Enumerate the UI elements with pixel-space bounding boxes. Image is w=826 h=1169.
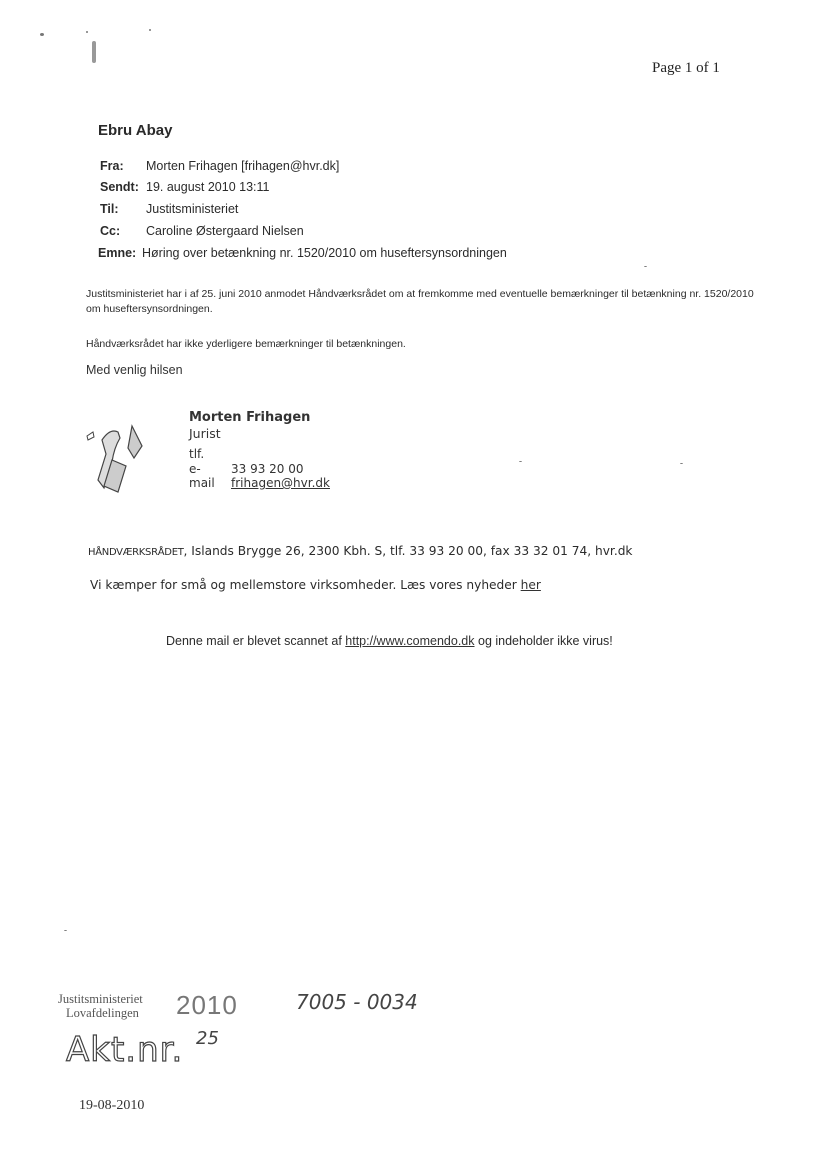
address-text: , Islands Brygge 26, 2300 Kbh. S, tlf. 3… [184,544,633,558]
header-value: Morten Frihagen [frihagen@hvr.dk] [146,159,339,173]
phone-number: 33 93 20 00 [231,462,330,477]
header-subject: Emne: Høring over betænkning nr. 1520/20… [98,246,507,260]
mailbox-owner: Ebru Abay [98,122,172,139]
header-label: Til: [100,202,146,216]
header-label: Cc: [100,224,146,238]
header-cc: Cc: Caroline Østergaard Nielsen [100,224,304,238]
body-paragraph-2: Håndværksrådet har ikke yderligere bemær… [86,337,756,352]
scan-mark [92,41,96,63]
footer-slogan: Vi kæmper for små og mellemstore virksom… [90,578,541,592]
scan-speck [64,930,67,931]
scan-note-prefix: Denne mail er blevet scannet af [166,634,345,648]
stamp-line-2: Lovafdelingen [66,1006,143,1020]
comendo-link[interactable]: http://www.comendo.dk [345,634,474,648]
scan-speck [680,463,683,464]
header-value: 19. august 2010 13:11 [146,180,270,194]
body-paragraph-1: Justitsministeriet har i af 25. juni 201… [86,287,756,317]
akt-number: 25 [196,1028,219,1049]
scan-note-suffix: og indeholder ikke virus! [475,634,613,648]
signature-contact: tlf. e- 33 93 20 00 mail frihagen@hvr.dk [189,447,330,491]
header-label: Fra: [100,159,146,173]
header-from: Fra: Morten Frihagen [frihagen@hvr.dk] [100,159,339,173]
header-to: Til: Justitsministeriet [100,202,238,216]
greeting: Med venlig hilsen [86,363,183,377]
signature-title: Jurist [189,426,330,441]
slogan-text: Vi kæmper for små og mellemstore virksom… [90,578,521,592]
handwritten-reference: 7005 - 0034 [296,990,418,1014]
news-link[interactable]: her [521,578,541,592]
header-label: Emne: [98,246,142,260]
footer-address: HÅNDVÆRKSRÅDET, Islands Brygge 26, 2300 … [88,544,633,558]
scan-speck [644,266,647,267]
akt-label: Akt.nr. [66,1030,183,1070]
email-link[interactable]: frihagen@hvr.dk [231,476,330,491]
scan-speck [40,33,44,36]
scan-speck [519,461,522,462]
scan-speck [149,29,151,31]
scan-speck [86,31,88,33]
header-sent: Sendt: 19. august 2010 13:11 [100,180,270,194]
company-logo-icon [84,418,150,498]
stamp-year: 2010 [176,990,238,1021]
ministry-stamp: Justitsministeriet Lovafdelingen [58,992,143,1020]
stamp-line-1: Justitsministeriet [58,992,143,1006]
email-label-part-1: e- [189,462,231,477]
page-indicator: Page 1 of 1 [652,60,720,77]
header-value: Justitsministeriet [146,202,238,216]
header-value: Caroline Østergaard Nielsen [146,224,304,238]
date-stamp: 19-08-2010 [79,1098,144,1114]
header-label: Sendt: [100,180,146,194]
org-name: HÅNDVÆRKSRÅDET [88,547,184,558]
virus-scan-note: Denne mail er blevet scannet af http://w… [166,634,613,648]
phone-label: tlf. [189,447,231,462]
email-label-part-2: mail [189,476,231,491]
header-value: Høring over betænkning nr. 1520/2010 om … [142,246,507,260]
signature-block: Morten Frihagen Jurist tlf. e- 33 93 20 … [189,410,330,491]
signature-name: Morten Frihagen [189,410,330,425]
